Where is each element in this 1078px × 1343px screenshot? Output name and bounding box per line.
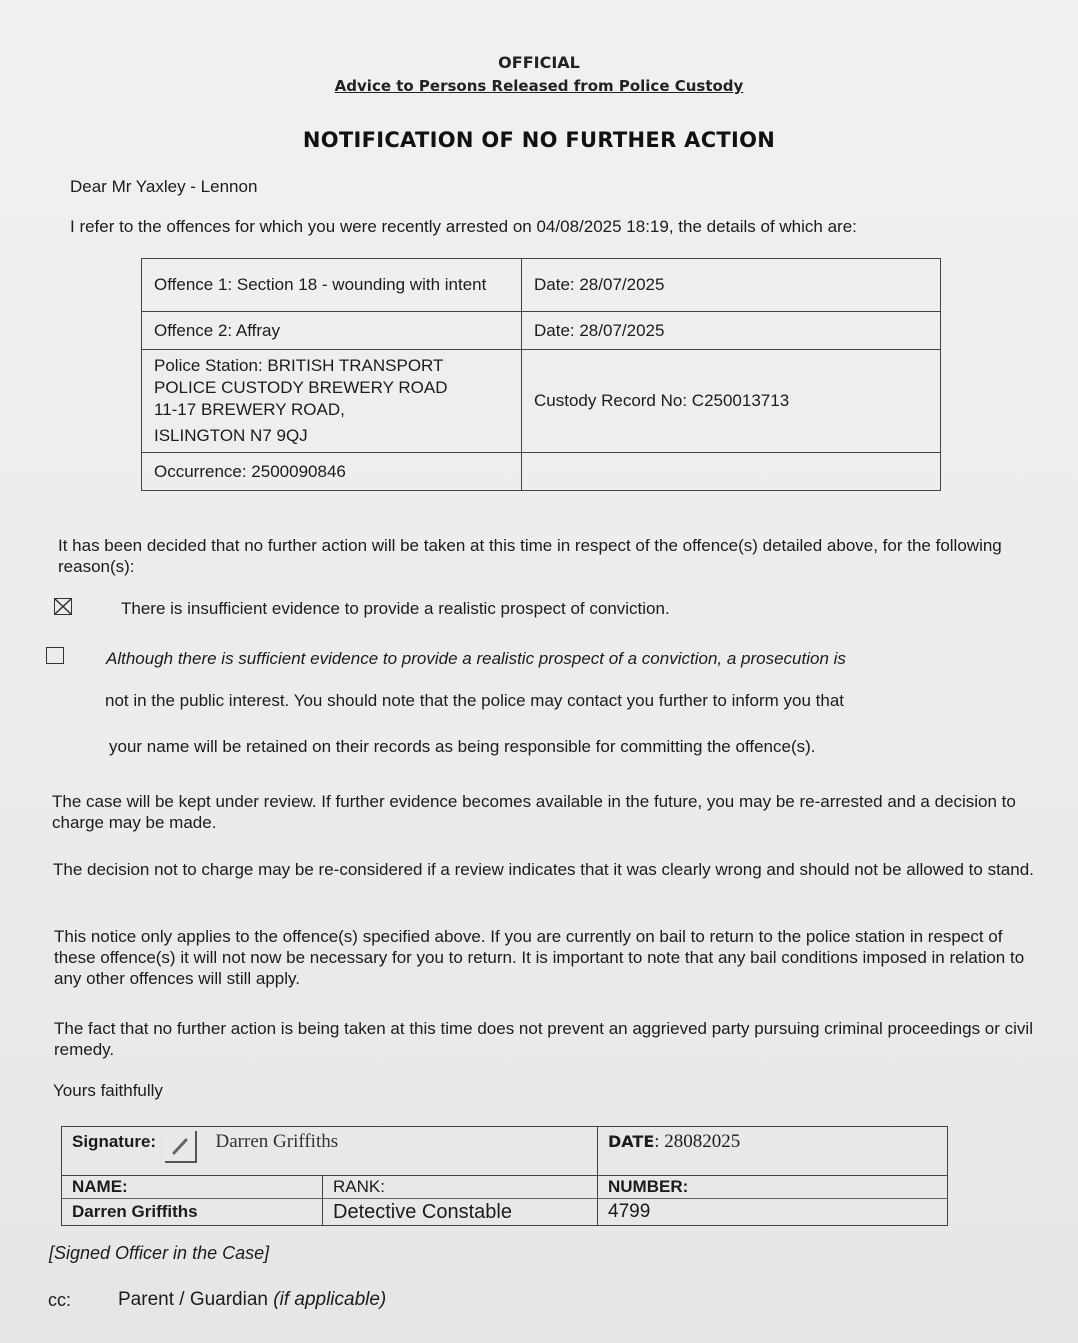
number-label: NUMBER: [598,1176,948,1199]
signature-name: Darren Griffiths [216,1131,339,1152]
table-row: Signature: Darren Griffiths DATE: 280820… [62,1127,948,1176]
occurrence-cell: Occurrence: 2500090846 [142,453,522,491]
signature-label: Signature: [72,1132,156,1151]
classification-label: OFFICIAL [0,53,1078,72]
empty-cell [522,453,941,491]
police-station-line: POLICE CUSTODY BREWERY ROAD [154,377,511,399]
rank-value: Detective Constable [323,1199,598,1226]
cc-note: (if applicable) [273,1289,386,1310]
reason-insufficient-evidence: There is insufficient evidence to provid… [121,598,670,619]
bail-notice-paragraph: This notice only applies to the offence(… [54,926,1044,989]
pen-icon [165,1131,197,1163]
document-title: NOTIFICATION OF NO FURTHER ACTION [0,128,1078,152]
signature-cell: Signature: Darren Griffiths [62,1127,598,1176]
reason-public-interest-line: not in the public interest. You should n… [105,690,1045,711]
police-station-line: 11-17 BREWERY ROAD, [154,399,511,421]
police-station-line: ISLINGTON N7 9QJ [154,425,511,447]
police-station-cell: Police Station: BRITISH TRANSPORT POLICE… [142,350,522,453]
table-row: NAME: RANK: NUMBER: [62,1176,948,1199]
signed-officer-note: [Signed Officer in the Case] [49,1243,269,1264]
salutation: Dear Mr Yaxley - Lennon [70,177,257,197]
table-row: Occurrence: 2500090846 [142,453,941,491]
reason-public-interest-line: Although there is sufficient evidence to… [106,648,1046,669]
offence-details-table: Offence 1: Section 18 - wounding with in… [141,258,941,491]
date-label: DATE [608,1132,654,1151]
table-row: Police Station: BRITISH TRANSPORT POLICE… [142,350,941,453]
closing: Yours faithfully [53,1080,163,1101]
aggrieved-party-paragraph: The fact that no further action is being… [54,1018,1044,1060]
table-row: Offence 1: Section 18 - wounding with in… [142,259,941,312]
name-label: NAME: [62,1176,323,1199]
date-cell: DATE: 28082025 [598,1127,948,1176]
cc-label: cc: [48,1290,71,1311]
table-row: Offence 2: Affray Date: 28/07/2025 [142,312,941,350]
rank-label: RANK: [323,1176,598,1199]
cc-recipient: Parent / Guardian (if applicable) [118,1289,386,1311]
number-value: 4799 [598,1199,948,1226]
review-paragraph: The case will be kept under review. If f… [52,791,1042,833]
cc-recipient-text: Parent / Guardian [118,1289,273,1310]
custody-record-cell: Custody Record No: C250013713 [522,350,941,453]
offence-2-cell: Offence 2: Affray [142,312,522,350]
intro-text: I refer to the offences for which you we… [70,217,857,237]
table-row: Darren Griffiths Detective Constable 479… [62,1199,948,1226]
offence-1-cell: Offence 1: Section 18 - wounding with in… [142,259,522,312]
decision-text: It has been decided that no further acti… [58,535,1038,577]
reason-public-interest-line: your name will be retained on their reco… [109,736,1049,757]
empty-checkbox-icon[interactable] [46,647,64,664]
reconsider-paragraph: The decision not to charge may be re-con… [53,859,1043,880]
date-value: : 28082025 [654,1131,740,1152]
offence-2-date-cell: Date: 28/07/2025 [522,312,941,350]
checked-box-icon[interactable] [54,598,72,615]
document-subtitle: Advice to Persons Released from Police C… [0,77,1078,95]
name-value: Darren Griffiths [62,1199,323,1226]
offence-1-date-cell: Date: 28/07/2025 [522,259,941,312]
signature-table: Signature: Darren Griffiths DATE: 280820… [61,1126,948,1226]
police-station-line: Police Station: BRITISH TRANSPORT [154,355,511,377]
